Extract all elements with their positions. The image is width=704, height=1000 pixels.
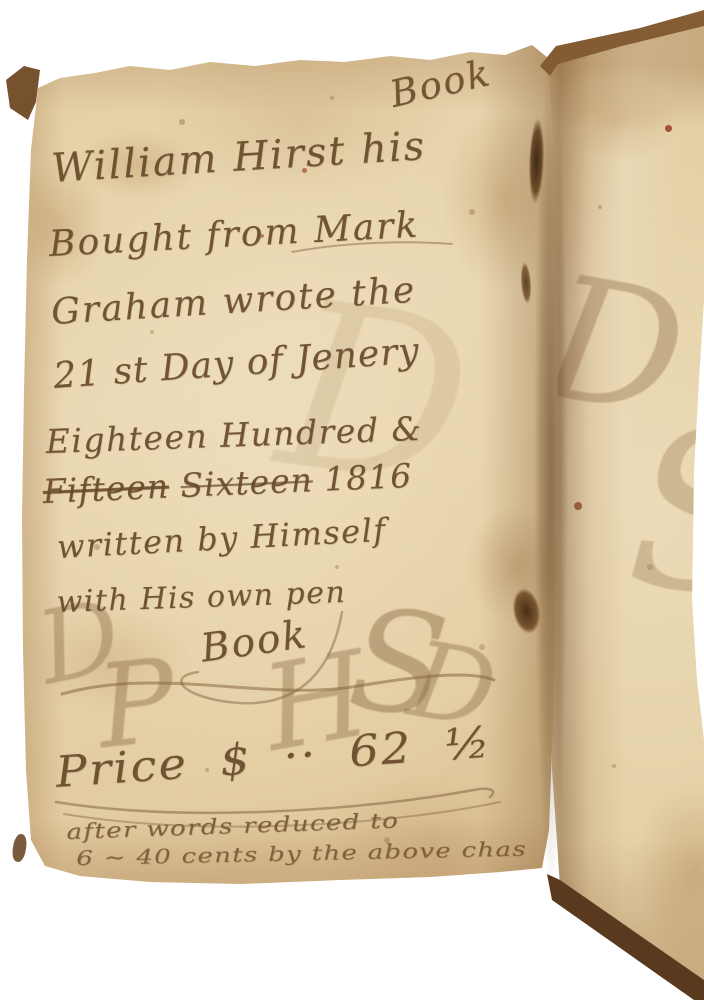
red-stain-spot (574, 502, 582, 510)
inscription-note-line-2: 6 ~ 40 cents by the above chas (76, 837, 527, 870)
inscription-book-top: Book (386, 51, 495, 116)
red-stain-spot (260, 234, 264, 238)
inscription-second-word: Sixteen (180, 460, 314, 505)
inscription-written-line: written by Himself (56, 511, 388, 566)
inscription-year: 1816 (323, 456, 413, 499)
red-stain-spot (665, 125, 672, 132)
red-stain-spot (302, 168, 307, 173)
open-book-photo: D S D D P H S D Book William Hirst his B… (0, 0, 704, 1000)
paper-foxing-specks (0, 0, 4, 4)
inscription-struck-word: Fifteen (42, 466, 170, 510)
inscription-bought-line: Bought from Mark (48, 205, 420, 265)
inscription-price-label: Price (54, 739, 190, 798)
inscription-price-amount: $ ·· 62 ½ (218, 718, 493, 787)
leather-cover-left-nick (11, 833, 28, 863)
inscription-note-line-1: after words reduced to (66, 808, 399, 844)
flourish-letter-facing-s: S (623, 398, 704, 628)
inscription-owner-line: William Hirst his (50, 123, 427, 192)
